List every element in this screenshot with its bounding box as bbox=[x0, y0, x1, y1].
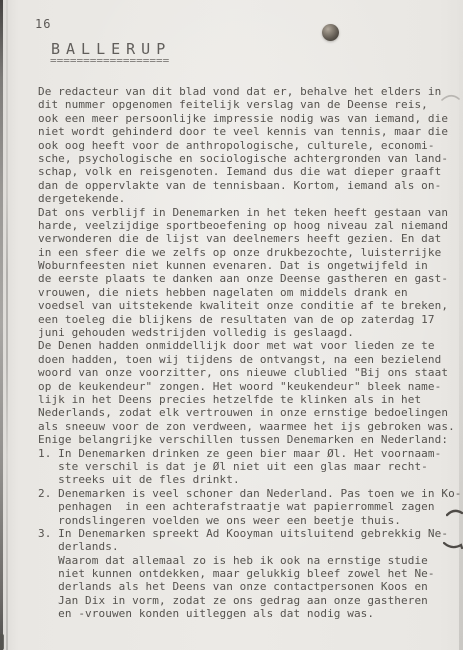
text-line: ook oog heeft voor de anthropologische, … bbox=[38, 139, 462, 152]
text-line: De Denen hadden onmiddellijk door met wa… bbox=[38, 339, 462, 352]
text-line: een toeleg die blijkens de resultaten va… bbox=[38, 313, 462, 326]
text-line: harde, veelzijdige sportbeoefening op ho… bbox=[38, 219, 462, 232]
text-line: Enige belangrijke verschillen tussen Den… bbox=[38, 433, 462, 446]
text-line: derlands als het Deens van onze contactp… bbox=[38, 580, 462, 593]
text-line: voedsel van uitstekende kwaliteit onze c… bbox=[38, 299, 462, 312]
text-line: penhagen in een achterafstraatje wat pap… bbox=[38, 500, 462, 513]
page-number: 16 bbox=[35, 17, 51, 31]
text-line: als sneeuw voor de zon verdween, waarmee… bbox=[38, 420, 462, 433]
text-line: woord van onze voorzitter, ons nieuwe cl… bbox=[38, 366, 462, 379]
text-line: op de keukendeur" zongen. Het woord "keu… bbox=[38, 380, 462, 393]
text-line: niet kunnen ontdekken, maar gelukkig ble… bbox=[38, 567, 462, 580]
text-line: Dat ons verblijf in Denemarken in het te… bbox=[38, 206, 462, 219]
body-text: De redacteur van dit blad vond dat er, b… bbox=[38, 85, 462, 621]
pen-mark-icon bbox=[446, 507, 463, 519]
text-line: vrouwen, die niets hebben nagelaten om m… bbox=[38, 286, 462, 299]
text-line: Waarom dat allemaal zo is heb ik ook na … bbox=[38, 554, 462, 567]
edge-blot-mark bbox=[0, 634, 4, 650]
pen-mark-icon bbox=[441, 90, 461, 104]
text-line: 1. In Denemarken drinken ze geen bier ma… bbox=[38, 447, 462, 460]
text-line: 2. Denemarken is veel schoner dan Nederl… bbox=[38, 487, 462, 500]
text-line: en -vrouwen konden uitleggen als dat nod… bbox=[38, 607, 462, 620]
text-line: Nederlands, zodat elk vertrouwen in onze… bbox=[38, 406, 462, 419]
ball-mark-icon bbox=[322, 24, 339, 41]
scanned-page: 16 BALLERUP ================== De redact… bbox=[0, 0, 463, 650]
text-line: dit nummer opgenomen feitelijk verslag v… bbox=[38, 98, 462, 111]
text-line: 3. In Denemarken spreekt Ad Kooyman uits… bbox=[38, 527, 462, 540]
paper-crease bbox=[6, 0, 8, 650]
text-line: dergetekende. bbox=[38, 192, 462, 205]
pen-mark-icon bbox=[443, 540, 463, 552]
text-line: lijk in het Deens precies hetzelfde te k… bbox=[38, 393, 462, 406]
text-line: de eerste plaats te danken aan onze Deen… bbox=[38, 272, 462, 285]
text-line: derlands. bbox=[38, 540, 462, 553]
text-line: streeks uit de fles drinkt. bbox=[38, 473, 462, 486]
page-edge-shadow bbox=[0, 0, 3, 650]
text-line: ook een meer persoonlijke impressie nodi… bbox=[38, 112, 462, 125]
text-line: doen hadden, toen wij tijdens de ontvang… bbox=[38, 353, 462, 366]
text-line: Woburnfeesten niet kunnen evenaren. Dat … bbox=[38, 259, 462, 272]
text-line: juni gehouden wedstrijden volledig is ge… bbox=[38, 326, 462, 339]
text-line: dan de oppervlakte van de tennisbaan. Ko… bbox=[38, 179, 462, 192]
text-line: verwonderen die de lijst van deelnemers … bbox=[38, 232, 462, 245]
text-line: in een sfeer die we zelfs op onze drukbe… bbox=[38, 246, 462, 259]
text-line: niet wordt gehinderd door te veel kennis… bbox=[38, 125, 462, 138]
text-line: sche, psychologische en sociologische ac… bbox=[38, 152, 462, 165]
text-line: De redacteur van dit blad vond dat er, b… bbox=[38, 85, 462, 98]
text-line: ste verschil is dat je Øl niet uit een g… bbox=[38, 460, 462, 473]
title-underline: ================== bbox=[50, 54, 169, 67]
text-line: rondslingeren voelden we ons weer een be… bbox=[38, 514, 462, 527]
text-line: schap, volk en reisgenoten. Iemand dus d… bbox=[38, 165, 462, 178]
text-line: Jan Dix in vorm, zodat ze ons gedrag aan… bbox=[38, 594, 462, 607]
